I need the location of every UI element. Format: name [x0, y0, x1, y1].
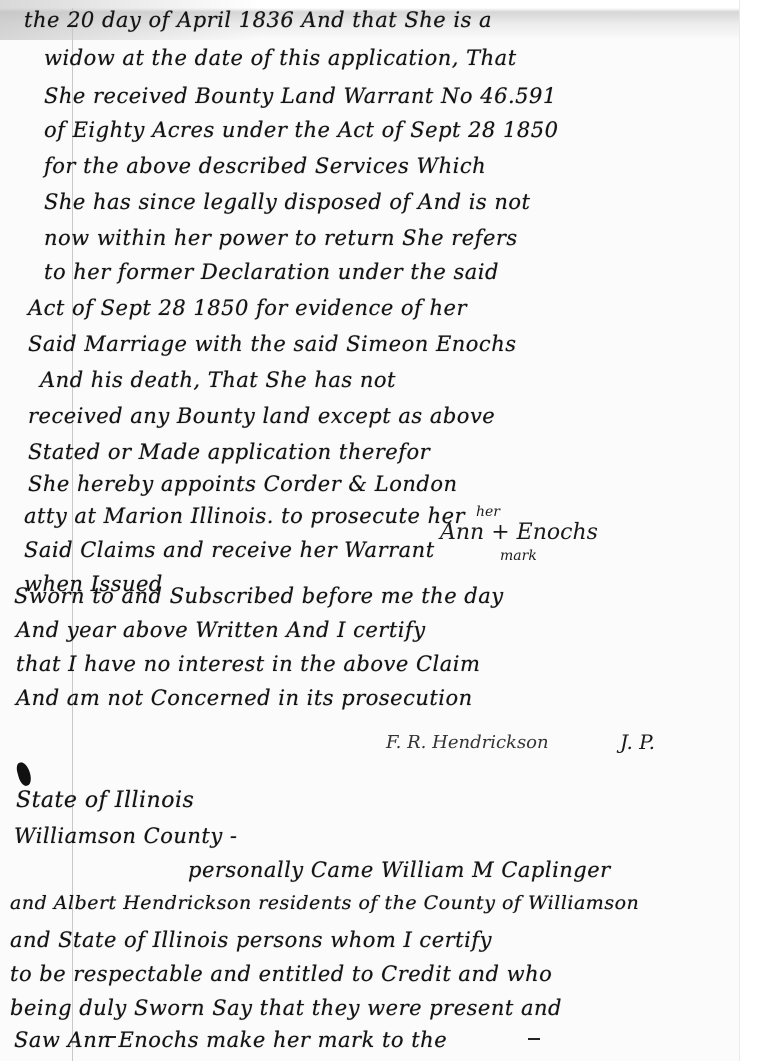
ink-blot: [15, 761, 33, 787]
witness-line: Saw Ann Enochs make her mark to the: [14, 1028, 447, 1052]
declaration-line: atty at Marion Illinois. to prosecute he…: [24, 504, 465, 528]
declaration-line: Said Marriage with the said Simeon Enoch…: [28, 332, 517, 356]
declaration-line: She hereby appoints Corder & London: [28, 472, 458, 496]
jurat-line: And am not Concerned in its prosecution: [16, 686, 473, 710]
officer-title: J. P.: [620, 730, 655, 754]
declaration-line: Said Claims and receive her Warrant: [24, 538, 435, 562]
jurat-line: And year above Written And I certify: [16, 618, 426, 642]
applicant-signature: Ann + Enochs: [440, 520, 598, 545]
scan-right-edge: [739, 0, 758, 1061]
document-page: the 20 day of April 1836 And that She is…: [0, 0, 758, 1061]
declaration-line: Act of Sept 28 1850 for evidence of her: [28, 296, 467, 320]
declaration-line: She has since legally disposed of And is…: [44, 190, 531, 214]
signature-her-label: her: [476, 504, 500, 520]
jurat-line: that I have no interest in the above Cla…: [16, 652, 480, 676]
venue-county: Williamson County -: [14, 824, 237, 848]
officer-signature: F. R. Hendrickson: [386, 732, 549, 753]
underline-mark: [106, 1036, 116, 1038]
declaration-line: to her former Declaration under the said: [44, 260, 499, 284]
venue-state: State of Illinois: [16, 788, 194, 813]
declaration-line: now within her power to return She refer…: [44, 226, 518, 250]
declaration-line: She received Bounty Land Warrant No 46.5…: [44, 84, 557, 108]
declaration-line: widow at the date of this application, T…: [44, 46, 517, 70]
witness-line: personally Came William M Caplinger: [188, 858, 611, 882]
declaration-line: Stated or Made application therefor: [28, 440, 430, 464]
declaration-line: received any Bounty land except as above: [28, 404, 495, 428]
declaration-line: And his death, That She has not: [40, 368, 396, 392]
witness-line: and State of Illinois persons whom I cer…: [10, 928, 492, 952]
underline-mark: [528, 1038, 540, 1040]
signature-mark-label: mark: [500, 548, 537, 564]
jurat-line: Sworn to and Subscribed before me the da…: [14, 584, 504, 608]
declaration-line: the 20 day of April 1836 And that She is…: [24, 8, 492, 32]
declaration-line: for the above described Services Which: [44, 154, 486, 178]
witness-line: to be respectable and entitled to Credit…: [10, 962, 552, 986]
declaration-line: of Eighty Acres under the Act of Sept 28…: [44, 118, 558, 142]
witness-line: and Albert Hendrickson residents of the …: [10, 892, 639, 914]
witness-line: being duly Sworn Say that they were pres…: [10, 996, 562, 1020]
